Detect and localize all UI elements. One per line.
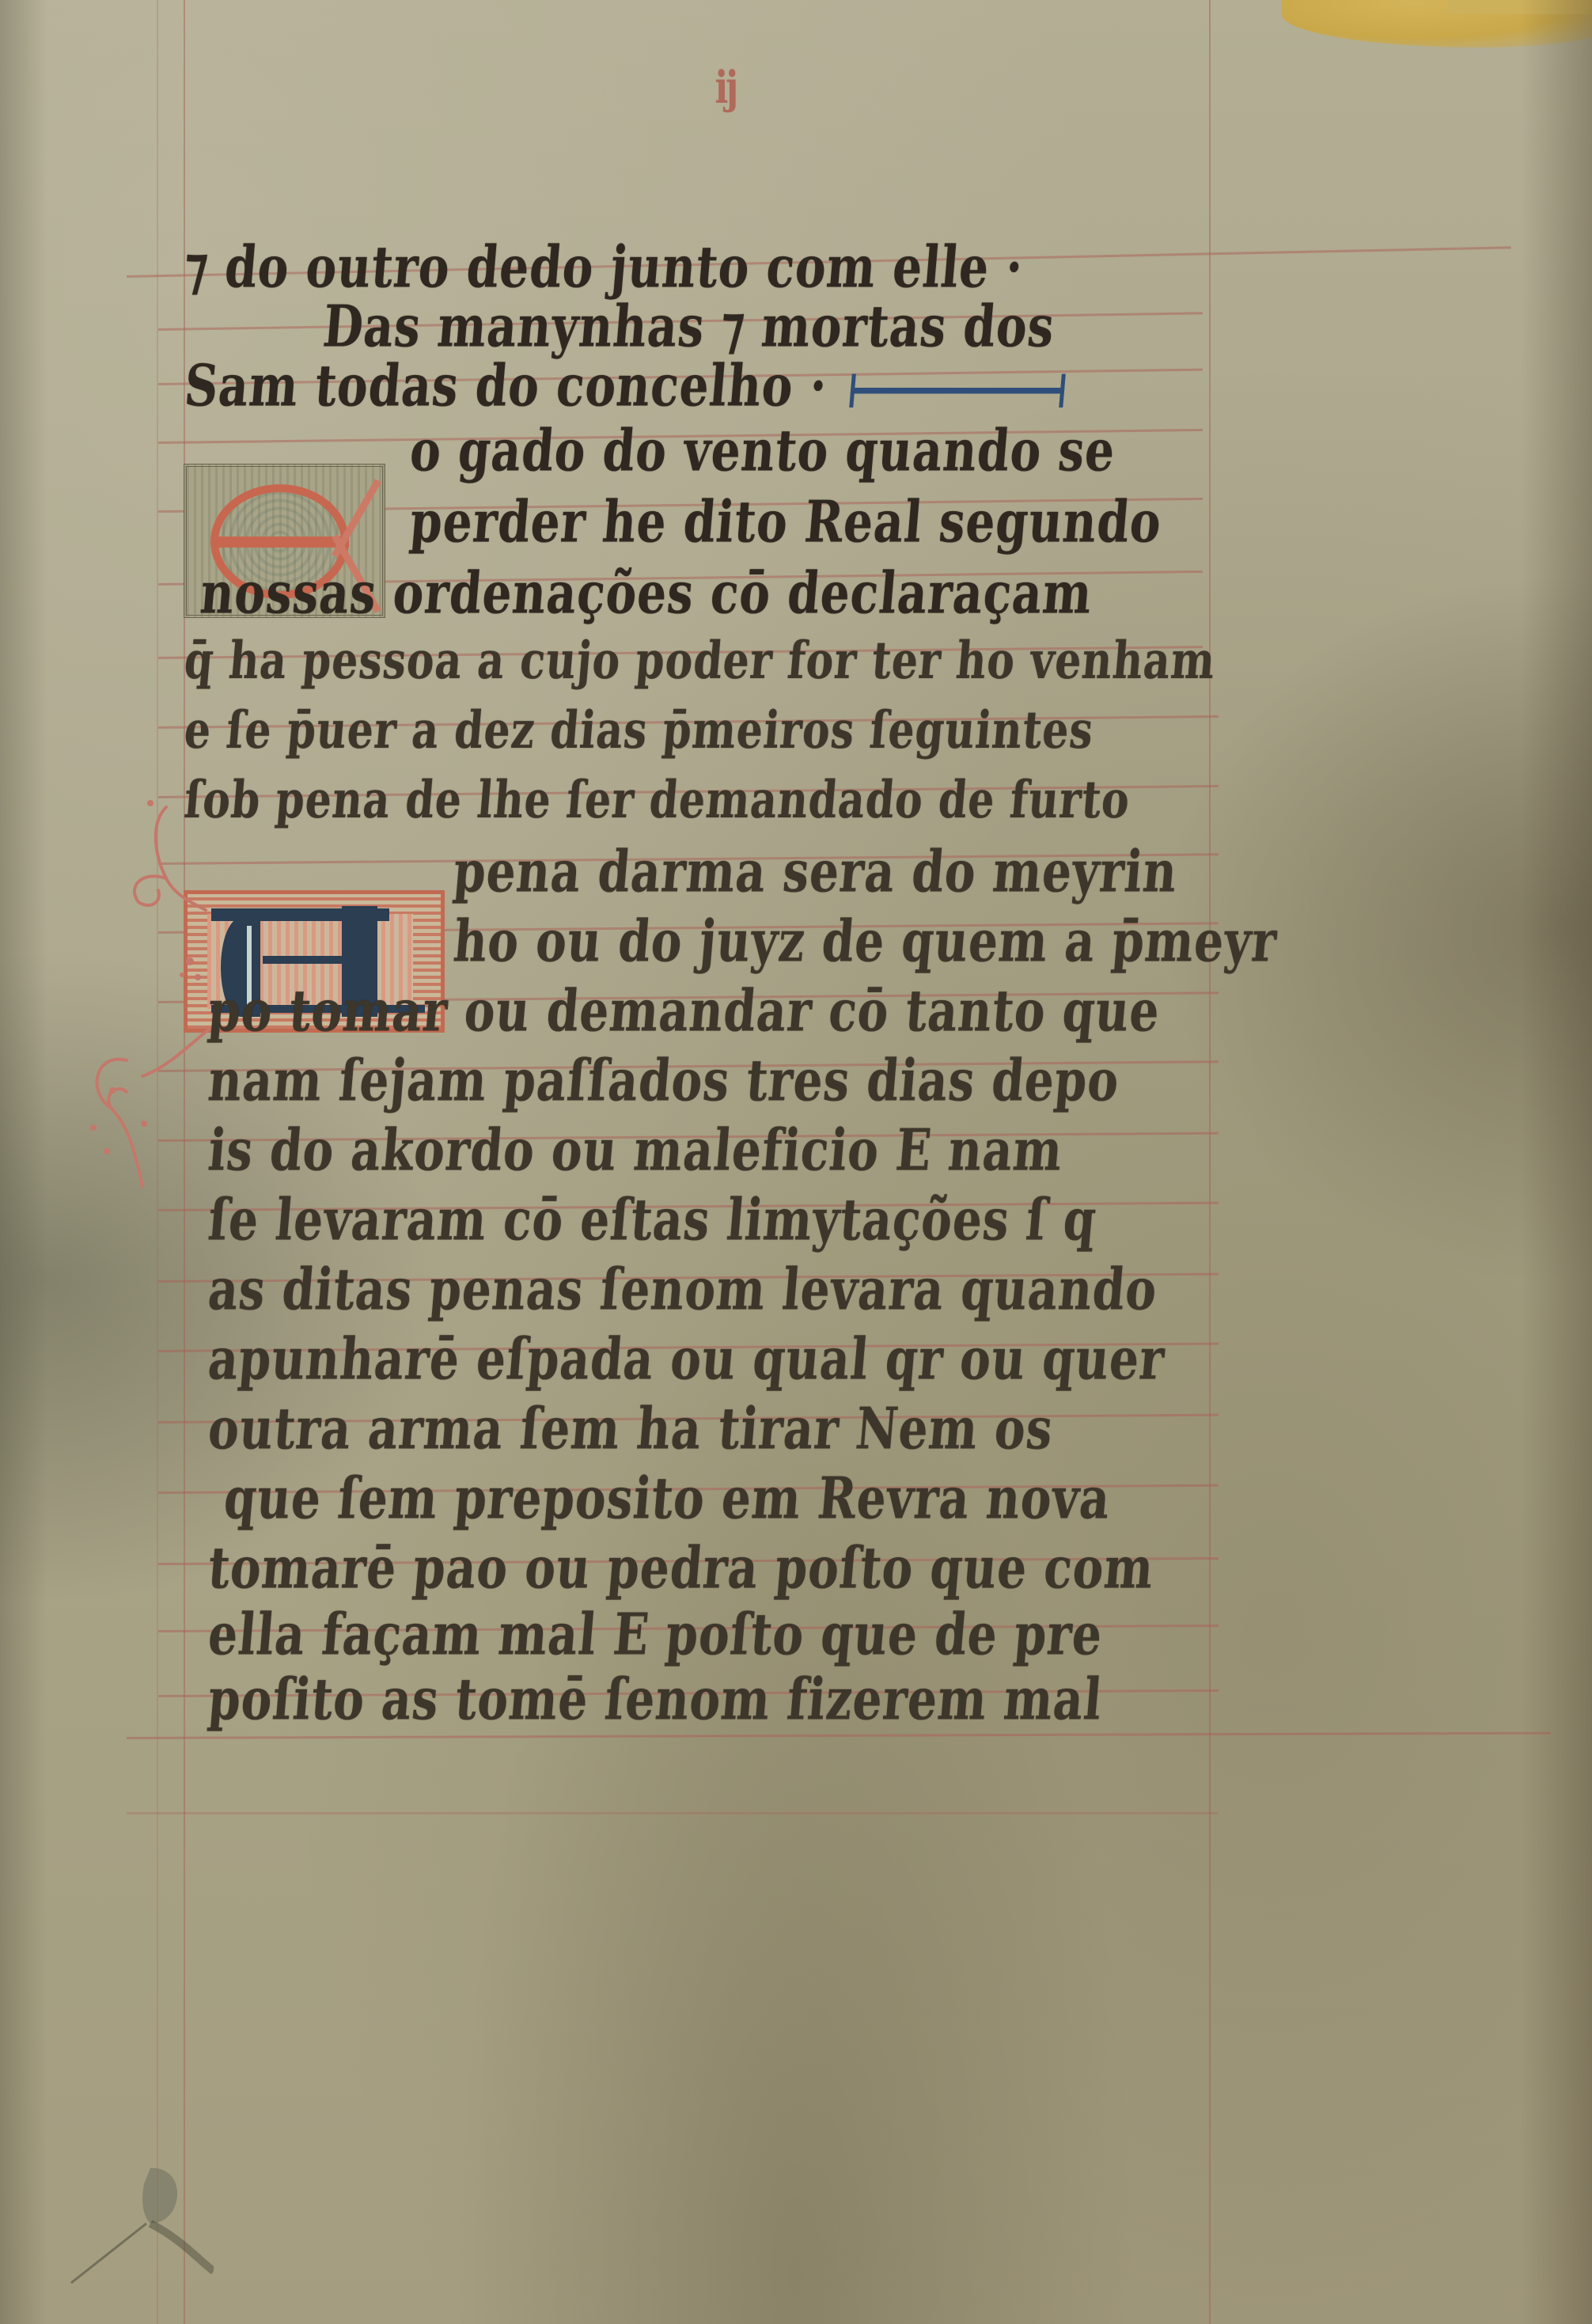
- line-filler-bar: [850, 388, 1064, 394]
- manuscript-page: ij ⁊ d: [0, 0, 1592, 2324]
- text-line-12: po tomar ou demandar cō tanto que: [206, 977, 1162, 1044]
- text-line-1: ⁊ do outro dedo junto com elle ·: [182, 233, 1025, 301]
- text-line-11: ho ou do juyz de quem a p̄meyr: [451, 908, 1279, 975]
- text-line-15: ſe levaram cō eſtas limytações ſ q: [206, 1186, 1099, 1253]
- page-edge-shadow-left: [0, 0, 47, 2324]
- text-line-18: outra arma ſem ha tirar Nem os: [206, 1395, 1056, 1462]
- text-line-5: perder he dito Real segundo: [407, 488, 1164, 555]
- initial-e-bar: [218, 536, 349, 548]
- text-line-2-heading: Das manynhas ⁊ mortas dos: [320, 293, 1057, 360]
- text-line-6: nossas ordenações cō declaraçam: [198, 559, 1095, 627]
- marginal-flourish-icon: [79, 791, 229, 1203]
- text-line-9: ſob pena de lhe ſer demandado de furto: [182, 770, 1132, 830]
- text-line-14: is do akordo ou maleficio E nam: [206, 1117, 1066, 1184]
- ruling-lower: [127, 1812, 1219, 1814]
- text-line-13: nam ſejam paſſados tres dias depo: [206, 1047, 1122, 1114]
- text-line-16: as ditas penas ſenom levara quando: [206, 1256, 1160, 1323]
- text-line-20: tomarē pao ou pedra poſto que com: [206, 1534, 1157, 1602]
- text-line-3: Sam todas do concelho ·: [182, 352, 1067, 419]
- text-line-7: q̄ ha pessoa a cujo poder for ter ho ven…: [182, 631, 1218, 691]
- text-line-3-content: Sam todas do concelho ·: [182, 352, 830, 419]
- initial-a-stroke: [263, 956, 346, 964]
- ruling-bottom: [127, 1732, 1551, 1739]
- text-line-19: que ſem preposito em Revra nova: [222, 1465, 1113, 1532]
- parchment-tear-icon: [55, 2136, 214, 2295]
- text-line-4: o gado do vento quando se: [407, 417, 1118, 484]
- folio-number: ij: [715, 62, 736, 114]
- text-line-17: apunharē eſpada ou qual qr ou quer: [206, 1325, 1167, 1393]
- text-line-21: ella façam mal E poſto que de pre: [206, 1601, 1105, 1668]
- page-edge-shadow-right: [1521, 0, 1592, 2324]
- text-line-8: e ſe p̄uer a dez dias p̄meiros ſeguintes: [182, 700, 1096, 760]
- text-line-22: poſito as tomē ſenom fizerem mal: [206, 1666, 1105, 1733]
- ruling-right-margin: [1209, 0, 1211, 2324]
- text-line-10: pena darma sera do meyrin: [451, 838, 1180, 905]
